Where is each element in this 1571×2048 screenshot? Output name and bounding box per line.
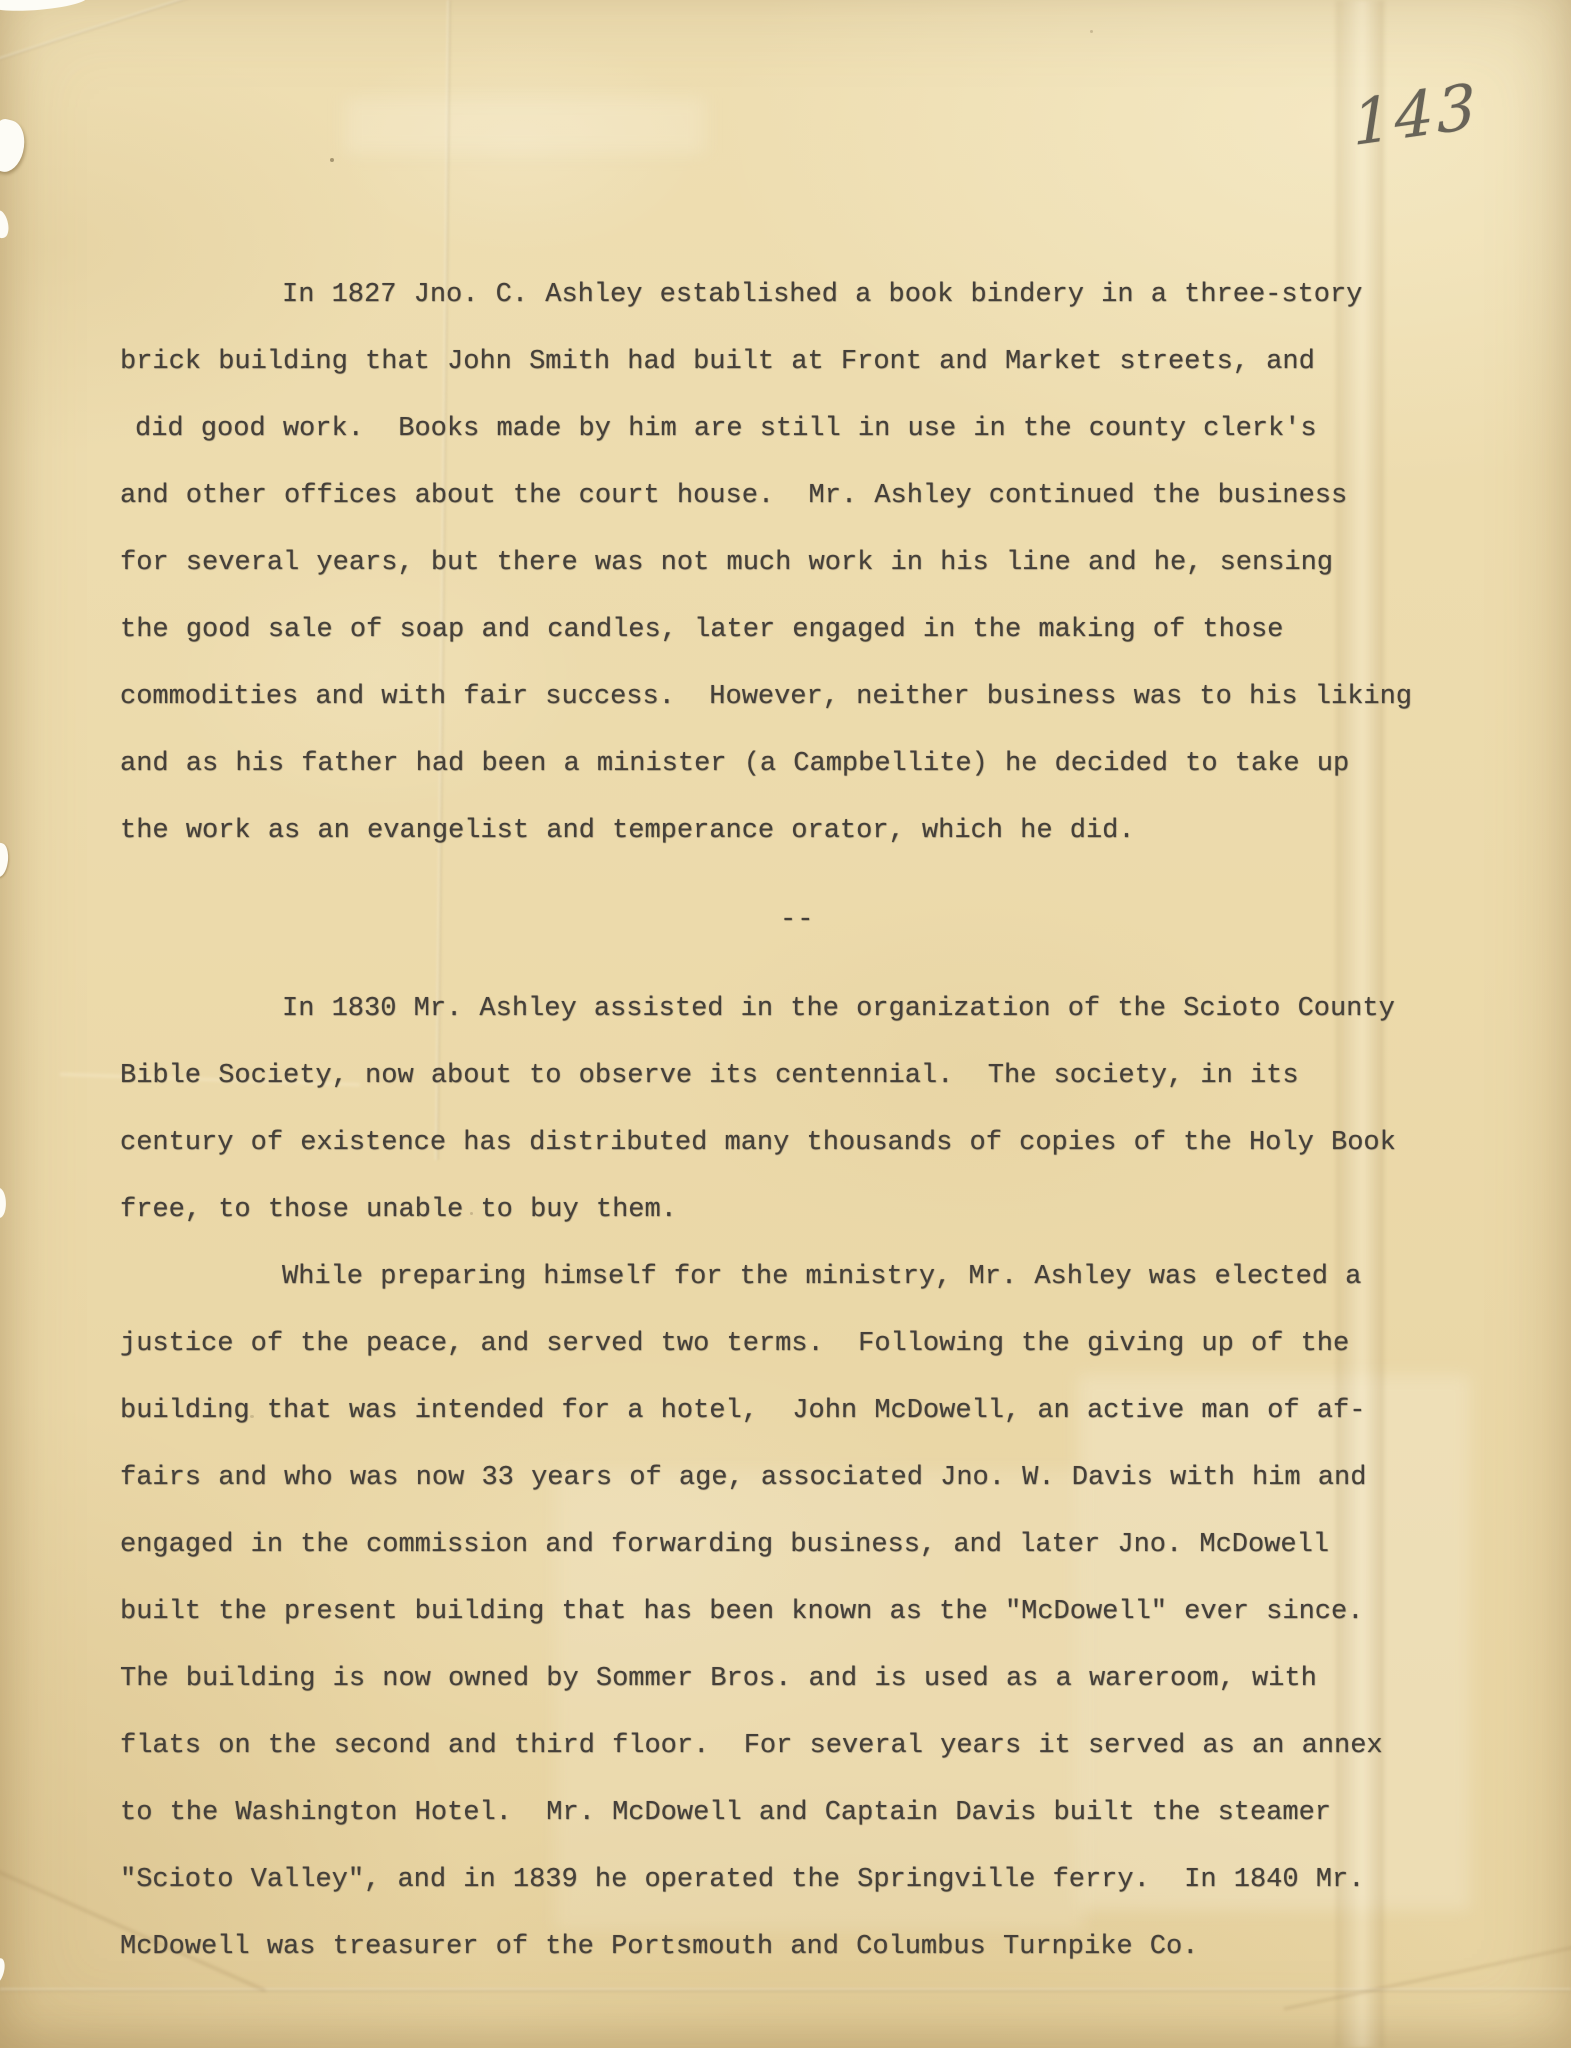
typed-line: the work as an evangelist and temperance…: [120, 798, 1511, 865]
typed-line: "Scioto Valley", and in 1839 he operated…: [120, 1847, 1511, 1914]
typed-text-body: In 1827 Jno. C. Ashley established a boo…: [0, 0, 1571, 1981]
typed-line: free, to those unable to buy them.: [120, 1177, 1511, 1244]
typed-line: and as his father had been a minister (a…: [120, 731, 1511, 798]
typed-line: the good sale of soap and candles, later…: [120, 597, 1511, 664]
typed-line: and other offices about the court house.…: [120, 463, 1511, 530]
typed-line: did good work. Books made by him are sti…: [120, 396, 1511, 463]
typed-line: building that was intended for a hotel, …: [120, 1378, 1511, 1445]
typed-line: for several years, but there was not muc…: [120, 530, 1511, 597]
typed-line: commodities and with fair success. Howev…: [120, 664, 1511, 731]
typed-line: McDowell was treasurer of the Portsmouth…: [120, 1914, 1511, 1981]
typed-line: In 1827 Jno. C. Ashley established a boo…: [120, 262, 1511, 329]
typed-line: While preparing himself for the ministry…: [120, 1244, 1511, 1311]
typed-line: Bible Society, now about to observe its …: [120, 1043, 1511, 1110]
paper-crease: [0, 1988, 1571, 1992]
section-separator: --: [120, 887, 1511, 954]
typed-line: to the Washington Hotel. Mr. McDowell an…: [120, 1780, 1511, 1847]
typed-line: engaged in the commission and forwarding…: [120, 1512, 1511, 1579]
typed-line: In 1830 Mr. Ashley assisted in the organ…: [120, 976, 1511, 1043]
typed-line: justice of the peace, and served two ter…: [120, 1311, 1511, 1378]
typed-line: fairs and who was now 33 years of age, a…: [120, 1445, 1511, 1512]
typed-line: brick building that John Smith had built…: [120, 329, 1511, 396]
typed-line: century of existence has distributed man…: [120, 1110, 1511, 1177]
scanned-page: 143 In 1827 Jno. C. Ashley established a…: [0, 0, 1571, 2048]
typed-line: The building is now owned by Sommer Bros…: [120, 1646, 1511, 1713]
typed-line: built the present building that has been…: [120, 1579, 1511, 1646]
typed-line: flats on the second and third floor. For…: [120, 1713, 1511, 1780]
